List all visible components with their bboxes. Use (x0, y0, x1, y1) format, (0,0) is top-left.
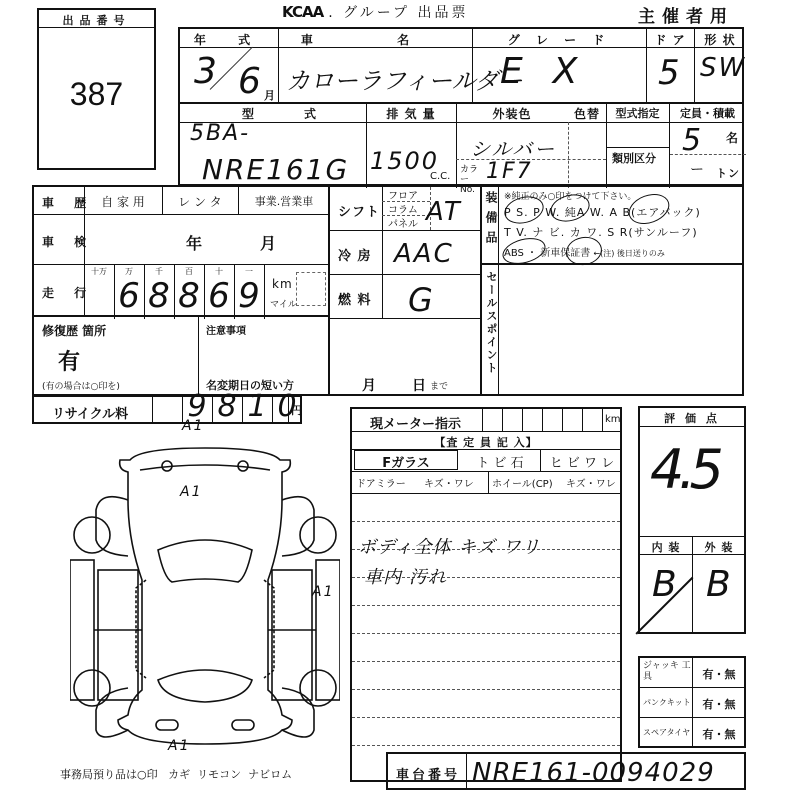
displacement-unit: C.C. (430, 171, 450, 182)
load-value: ー (690, 159, 704, 179)
damage-mark-front: A1 (182, 418, 204, 434)
interior-value: B (652, 564, 679, 605)
model-value-2: NRE161G (202, 153, 349, 186)
vehicle-table: 年 式 車 名 グ レ ー ド ド ア 形 状 3 6 月 カローラフィールダー… (178, 27, 744, 186)
score-label: 評 価 点 (640, 410, 744, 426)
mileage-digit: 9 (234, 276, 264, 316)
lot-number: 387 (39, 76, 154, 113)
equipment-label: 装備品 (483, 191, 500, 251)
notes-until: まで (430, 379, 448, 392)
damage-mark-rear: A1 (168, 738, 190, 754)
load-unit: トン (716, 165, 740, 181)
mileage-unit-mile: マイル (270, 297, 297, 310)
equipment-line-3-note: ←(注) 後日送りのみ (593, 249, 665, 258)
meter-unit: km (605, 414, 621, 425)
recycle-digit: 0 (272, 389, 302, 424)
color-no-value: 1F7 (486, 159, 533, 184)
fuel-label: 燃 料 (338, 289, 372, 308)
door-value: 5 (658, 53, 682, 93)
mileage-digit: 8 (174, 276, 204, 316)
repair-note: (有の場合は○印を) (42, 379, 120, 392)
chassis-number-box: 車台番号 NRE161-0094029 (386, 752, 746, 790)
score-value: 4.5 (650, 438, 718, 501)
wheel-options[interactable]: キズ・ワレ (566, 475, 616, 490)
chassis-label: 車台番号 (396, 764, 460, 783)
tool-label-puncture-kit: パンクキット (643, 697, 691, 708)
model-designation-label: 型式指定 (606, 105, 669, 121)
repair-label: 修復歴 箇所 (42, 322, 106, 339)
mileage-digit: 8 (144, 276, 174, 316)
shift-option-floor[interactable]: フロア (388, 187, 418, 202)
organizer-label: 主催者用 (638, 2, 734, 27)
meter-label: 現メーター指示 (370, 413, 461, 432)
notes-month-unit: 月 (362, 375, 377, 395)
shift-label: シフト (338, 201, 380, 220)
history-option-commercial[interactable]: 事業.営業車 (238, 193, 330, 209)
glass-row: Fガラス ト ビ 石 ヒ ビ ワ レ (352, 449, 620, 471)
mirror-label: ドアミラー (356, 475, 406, 490)
mileage-unit-km: km (272, 277, 293, 291)
history-option-private[interactable]: 自 家 用 (84, 193, 162, 210)
shift-option-panel[interactable]: パネル (388, 215, 418, 230)
month-value: 6 (238, 61, 263, 102)
fuel-value: G (408, 281, 435, 319)
notes-day-unit: 日 (412, 375, 427, 395)
car-name-label: 車 名 (278, 31, 472, 48)
grade-value: EX (500, 51, 607, 92)
glass-option-crack[interactable]: ヒ ビ ワ レ (542, 452, 622, 471)
model-value-1: 5BA- (190, 121, 250, 146)
color-value: シルバー (470, 133, 556, 162)
notes-label: 注意事項 (206, 322, 246, 337)
capacity-unit: 名 (726, 129, 739, 146)
inspection-label: 車 検 (42, 233, 94, 250)
form-title: . グループ 出品票 (328, 5, 468, 21)
mile-checkbox[interactable] (296, 272, 326, 306)
tool-value-jack[interactable]: 有・無 (692, 666, 746, 682)
door-label: ド ア (646, 31, 694, 48)
interior-label: 内 装 (640, 539, 692, 555)
recycle-label: リサイクル料 (52, 403, 128, 422)
office-items: 事務局預り品は○印 カギ リモコン ナビロム (60, 766, 292, 782)
exterior-label: 外 装 (692, 539, 746, 555)
model-label-1: 型 (242, 105, 255, 122)
sales-point-label: セールスポイント (483, 271, 499, 375)
model-label-2: 式 (304, 105, 317, 122)
glass-label: Fガラス (354, 452, 458, 471)
capacity-label: 定員・積載 (669, 105, 746, 121)
category-label: 類別区分 (612, 150, 656, 166)
repair-notes-table: 修復歴 箇所 有 (有の場合は○印を) 注意事項 名変期日の短い方 (32, 315, 330, 396)
history-table: 車 歴 自 家 用 レ ン タ 事業.営業車 車 検 年 月 走 行 km マイ… (32, 185, 330, 317)
displacement-value: 1500 (370, 147, 439, 175)
mileage-label: 走 行 (42, 284, 94, 301)
shape-label: 形 状 (694, 31, 746, 48)
wheel-label: ホイール(CP) (492, 475, 553, 490)
mirror-options[interactable]: キズ・ワレ (424, 475, 474, 490)
recycle-fee-table: リサイクル料 円 9810 (32, 395, 302, 424)
recycle-digit: 1 (242, 389, 272, 424)
shift-value: AT (426, 197, 462, 227)
recycle-digit: 8 (212, 389, 242, 424)
chassis-value: NRE161-0094029 (472, 758, 715, 788)
car-name-value: カローラフィールダー (286, 61, 523, 96)
ac-value: AAC (394, 239, 454, 269)
inspector-section: 現メーター指示 km 【査 定 員 記 入】 Fガラス ト ビ 石 ヒ ビ ワ … (350, 407, 622, 782)
remark-line-1: ボディ全体 キズ ワリ (358, 533, 541, 559)
year-label: 年 式 (180, 31, 278, 48)
mirror-wheel-row: ドアミラー キズ・ワレ ホイール(CP) キズ・ワレ (352, 471, 620, 493)
remark-line-2: 車内 汚れ (364, 563, 447, 589)
tool-value-spare-tire[interactable]: 有・無 (692, 726, 746, 742)
tool-value-puncture-kit[interactable]: 有・無 (692, 696, 746, 712)
tools-table: ジャッキ 工具 有・無 パンクキット 有・無 スペアタイヤ 有・無 (638, 656, 746, 748)
color-change-label: 色替 (574, 105, 600, 122)
tool-label-jack: ジャッキ 工具 (643, 661, 691, 683)
rating-box: 評 価 点 4.5 内 装 外 装 B B (638, 406, 746, 634)
inspection-year-unit: 年 (186, 231, 203, 254)
inspector-section-title: 【査 定 員 記 入】 (352, 434, 620, 450)
grade-label: グ レ ー ド (472, 31, 646, 48)
month-unit: 月 (264, 87, 276, 103)
shape-value: SW (700, 53, 746, 83)
mileage-place-label: 十万 (84, 266, 114, 277)
car-damage-diagram[interactable] (70, 430, 340, 760)
mileage-digit: 6 (204, 276, 234, 316)
exterior-value: B (706, 564, 733, 605)
exterior-color-label: 外装色 (456, 105, 568, 122)
tool-label-spare-tire: スペアタイヤ (643, 727, 690, 738)
repair-value[interactable]: 有 (58, 345, 80, 376)
displacement-label: 排 気 量 (366, 105, 456, 122)
year-value: 3 (194, 51, 219, 92)
shift-option-column[interactable]: コラム (388, 201, 418, 216)
mileage-digit: 6 (114, 276, 144, 316)
glass-option-chip[interactable]: ト ビ 石 (460, 452, 540, 471)
history-option-rental[interactable]: レ ン タ (162, 193, 238, 210)
lot-number-label: 出品番号 (39, 12, 154, 28)
capacity-value: 5 (682, 123, 703, 158)
inspection-month-unit: 月 (260, 231, 277, 254)
specs-table: シフト フロア コラム パネル AT 冷 房 AAC 燃 料 G 月 日 まで (328, 185, 482, 396)
lot-number-box: 出品番号 387 (37, 8, 156, 170)
damage-mark-right-side: A1 (312, 584, 334, 600)
ac-label: 冷 房 (338, 245, 372, 264)
equipment-table: 装備品 ※純正のみ○印をつけて下さい。 P S. P W. 純A W. A B(… (480, 185, 744, 396)
damage-mark-hood: A1 (180, 484, 202, 500)
brand-logo: KCAA (282, 3, 323, 21)
